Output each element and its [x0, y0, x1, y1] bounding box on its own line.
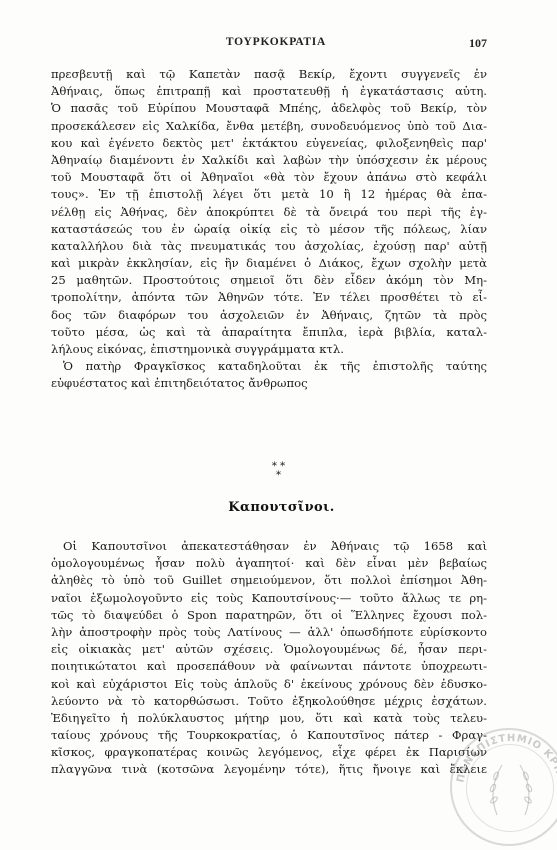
text-line: Ἀθηναίῳ διαμένοντι ἐν Χαλκίδι καὶ λαβὼν …	[51, 152, 487, 169]
text-line: Οἱ Καπουτσῖνοι ἀπεκατεστάθησαν ἐν Ἀθήναι…	[51, 538, 487, 555]
library-stamp-icon: ΠΑΝΕΠΙΣΤΗΜΙΟ ΚΡΗΤΗΣ	[450, 728, 557, 846]
text-line: πρεσβευτῇ καὶ τῷ Καπετὰν πασᾷ Βεκίρ, ἔχο…	[51, 66, 487, 83]
svg-text:ΠΑΝΕΠΙΣΤΗΜΙΟ ΚΡΗΤΗΣ: ΠΑΝΕΠΙΣΤΗΜΙΟ ΚΡΗΤΗΣ	[455, 733, 557, 801]
text-line: Ἐδιηγεῖτο ἡ πολύκλαυστος μήτηρ μου, ὅτι …	[51, 710, 487, 727]
book-page: ΤΟΥΡΚΟΚΡΑΤΙΑ 107 πρεσβευτῇ καὶ τῷ Καπετὰ…	[0, 0, 557, 850]
text-line: τροπολίτην, ἀπόντα τῶν Ἀθηνῶν τότε. Ἐν τ…	[51, 289, 487, 306]
text-line: καταστάσεώς του ἐν ὡραίᾳ οἰκίᾳ εἰς τὸ μέ…	[51, 221, 487, 238]
asterism-bottom: *	[0, 471, 557, 480]
text-line: κου καὶ ἐγένετο δεκτὸς μετ' ἐκτάκτου εὐγ…	[51, 135, 487, 152]
stamp-text: ΠΑΝΕΠΙΣΤΗΜΙΟ ΚΡΗΤΗΣ	[455, 733, 557, 801]
text-line: εἰς οἰκιακὰς μετ' αὐτῶν σχέσεις. Ὁμολογο…	[51, 641, 487, 658]
text-line: ναῖοι ἐξωμολογοῦντο εἰς τοὺς Καπουτσίνου…	[51, 590, 487, 607]
stamp-laurel-icon: ΠΑΝΕΠΙΣΤΗΜΙΟ ΚΡΗΤΗΣ	[452, 730, 557, 848]
text-line: ταίους χρόνους τῆς Τουρκοκρατίας, ὁ Καπο…	[51, 727, 487, 744]
text-line: λεύοντο νὰ τὸ κατορθώσωσι. Τοῦτο ἐξηκολο…	[51, 693, 487, 710]
text-line: Ἀθήναις, ὅπως ἐπιτραπῇ καὶ προστατευθῇ ἡ…	[51, 83, 487, 100]
text-line: καταλλήλου διὰ τὰς πνευματικάς του ἀσχολ…	[51, 238, 487, 255]
text-line: κοὶ καὶ εὐχάριστοι Εἰς τοὺς ἁπλοῦς δ' ἐκ…	[51, 676, 487, 693]
page-number: 107	[469, 36, 487, 51]
text-line: καὶ μικρὰν ἐκκλησίαν, εἰς ἣν διαμένει ὁ …	[51, 255, 487, 272]
section-heading: Καπουτσῖνοι.	[0, 500, 557, 515]
running-title: ΤΟΥΡΚΟΚΡΑΤΙΑ	[51, 36, 487, 48]
text-line: τοῦτο μέσα, ὡς καὶ τὰ ἀπαραίτητα ἔπιπλα,…	[51, 324, 487, 341]
text-line: τῶς τὸ διαψεύδει ὁ Spon παρατηρῶν, ὅτι ο…	[51, 607, 487, 624]
text-line: νέλθῃ εἰς Ἀθήνας, δὲν ἀποκρύπτει δὲ τὰ ὄ…	[51, 204, 487, 221]
running-header: ΤΟΥΡΚΟΚΡΑΤΙΑ 107	[51, 36, 487, 52]
section-text-block: Οἱ Καπουτσῖνοι ἀπεκατεστάθησαν ἐν Ἀθήναι…	[51, 538, 487, 779]
text-line: Ὁ πατὴρ Φραγκῖσκος καταδηλοῦται ἐκ τῆς ἐ…	[51, 358, 487, 375]
text-line: πλαγγῶνα τινὰ (κοτσῶνα λεγομένην τότε), …	[51, 761, 487, 778]
text-line: ὁμολογουμένως ἦσαν πολὺ ἀγαπητοί· καὶ δὲ…	[51, 555, 487, 572]
text-line: δος τῶν διαφόρων του ἀσχολειῶν ἐν Ἀθήναι…	[51, 307, 487, 324]
text-line: Ὁ πασᾶς τοῦ Εὐρίπου Μουσταφᾶ Μπέης, ἀδελ…	[51, 100, 487, 117]
text-line: 25 μαθητῶν. Προστούτοις σημειοῖ ὅτι δὲν …	[51, 272, 487, 289]
text-line: ποιητικώτατοι καὶ προσεπάθουν νὰ φαίνωντ…	[51, 658, 487, 675]
text-line: τοῦ Μουσταφᾶ ὅτι οἱ Ἀθηναῖοι «θὰ τὸν ἔχο…	[51, 169, 487, 186]
text-line: κῖσκος, φραγκοπατέρας κοινῶς λεγόμενος, …	[51, 744, 487, 761]
text-line: εὐφυέστατος καὶ ἐπιτηδειότατος ἄνθρωπος	[51, 375, 487, 392]
text-line: λὴν ἀποστροφὴν πρὸς τοὺς Λατίνους — ἀλλ'…	[51, 624, 487, 641]
text-line: λήλους εἰκόνας, ἐπιστημονικὰ συγγράμματα…	[51, 341, 487, 358]
text-line: προσεκάλεσεν εἰς Χαλκίδα, ἔνθα μετέβη, σ…	[51, 118, 487, 135]
text-line: τους». Ἐν τῇ ἐπιστολῇ λέγει ὅτι μετὰ 10 …	[51, 186, 487, 203]
asterism-separator: * * *	[0, 462, 557, 480]
text-line: ἀληθὲς τὸ ὑπὸ τοῦ Guillet σημειούμενον, …	[51, 572, 487, 589]
continued-text-block: πρεσβευτῇ καὶ τῷ Καπετὰν πασᾷ Βεκίρ, ἔχο…	[51, 66, 487, 393]
